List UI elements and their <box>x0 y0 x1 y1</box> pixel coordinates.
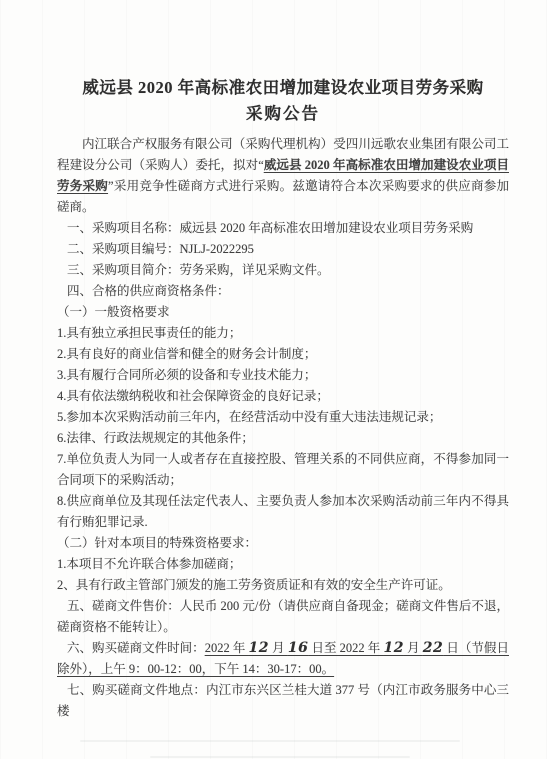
handwritten-month-2: 12 <box>383 640 403 656</box>
handwritten-month-1: 12 <box>249 640 269 656</box>
document-title-line2: 采购公告 <box>57 102 509 125</box>
time-part-4: 月 <box>404 641 423 655</box>
scan-artifact-smudge <box>150 756 410 758</box>
section-7-label: 七、购买磋商文件地点： <box>67 683 206 697</box>
section-5-label: 五、磋商文件售价： <box>67 599 180 613</box>
general-requirement-item-8: 8.供应商单位及其现任法定代表人、主要负责人参加本次采购活动前三年内不得具有行贿… <box>57 491 509 533</box>
handwritten-day-2: 22 <box>423 640 443 656</box>
intro-paragraph: 内江联合产权服务有限公司（采购代理机构）受四川远歌农业集团有限公司工程建设分公司… <box>57 134 509 218</box>
section-6-label: 六、购买磋商文件时间： <box>67 641 205 655</box>
section-5-document-price: 五、磋商文件售价：人民币 200 元/份（请供应商自备现金；磋商文件售后不退，磋… <box>57 596 509 638</box>
time-part-2: 月 <box>269 641 288 655</box>
section-2-project-number: 二、采购项目编号：NJLJ-2022295 <box>57 239 509 260</box>
section-4-qualification-heading: 四、合格的供应商资格条件： <box>57 281 509 302</box>
handwritten-day-1: 16 <box>288 640 308 656</box>
section-2-value: NJLJ-2022295 <box>180 242 254 256</box>
time-part-3: 日至 2022 年 <box>308 641 383 655</box>
special-requirement-item-2: 2、具有行政主管部门颁发的施工劳务资质证和有效的安全生产许可证。 <box>57 575 509 596</box>
section-3-project-brief: 三、采购项目简介：劳务采购，详见采购文件。 <box>57 260 509 281</box>
section-7-purchase-location: 七、购买磋商文件地点：内江市东兴区兰桂大道 377 号（内江市政务服务中心三楼 <box>57 680 509 722</box>
general-requirement-item-7: 7.单位负责人为同一人或者存在直接控股、管理关系的不同供应商，不得参加同一合同项… <box>57 449 509 491</box>
section-6-purchase-time: 六、购买磋商文件时间：2022 年 12 月 16 日至 2022 年 12 月… <box>57 638 509 680</box>
special-requirements-heading: （二）针对本项目的特殊资格要求： <box>57 533 509 554</box>
general-requirement-item-5: 5.参加本次采购活动前三年内，在经营活动中没有重大违法违规记录； <box>57 407 509 428</box>
section-1-value: 威远县 2020 年高标准农田增加建设农业项目劳务采购 <box>180 221 474 235</box>
general-requirement-item-3: 3.具有履行合同所必须的设备和专业技术能力； <box>57 365 509 386</box>
general-requirements-heading: （一）一般资格要求 <box>57 302 509 323</box>
section-2-label: 二、采购项目编号： <box>67 242 180 256</box>
section-3-value: 劳务采购，详见采购文件。 <box>180 263 330 277</box>
section-1-project-name: 一、采购项目名称：威远县 2020 年高标准农田增加建设农业项目劳务采购 <box>57 218 509 239</box>
scanned-document-page: 威远县 2020 年高标准农田增加建设农业项目劳务采购 采购公告 内江联合产权服… <box>0 0 547 759</box>
time-part-1: 2022 年 <box>205 641 249 655</box>
document-content: 威远县 2020 年高标准农田增加建设农业项目劳务采购 采购公告 内江联合产权服… <box>57 76 509 722</box>
general-requirement-item-6: 6.法律、行政法规规定的其他条件； <box>57 428 509 449</box>
special-requirement-item-1: 1.本项目不允许联合体参加磋商； <box>57 554 509 575</box>
section-3-label: 三、采购项目简介： <box>67 263 180 277</box>
section-1-label: 一、采购项目名称： <box>67 221 180 235</box>
general-requirement-item-1: 1.具有独立承担民事责任的能力； <box>57 323 509 344</box>
general-requirement-item-2: 2.具有良好的商业信誉和健全的财务会计制度； <box>57 344 509 365</box>
document-title-line1: 威远县 2020 年高标准农田增加建设农业项目劳务采购 <box>57 76 509 99</box>
scan-artifact-smudge <box>80 740 460 742</box>
intro-text-post: ”采用竞争性磋商方式进行采购。兹邀请符合本次采购要求的供应商参加磋商。 <box>57 179 509 214</box>
general-requirement-item-4: 4.具有依法缴纳税收和社会保障资金的良好记录； <box>57 386 509 407</box>
